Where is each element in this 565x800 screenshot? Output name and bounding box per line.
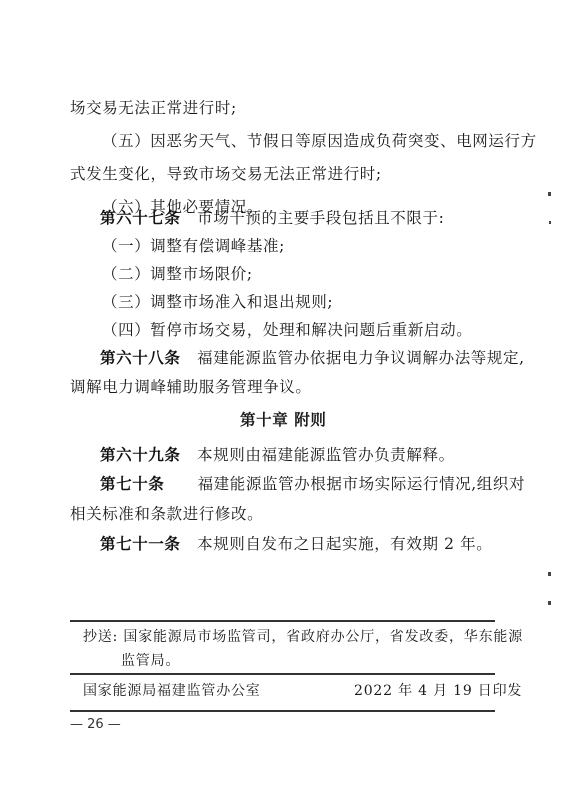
article-text: 市场干预的主要手段包括且不限于:: [197, 209, 444, 227]
list-item: （四）暂停市场交易，处理和解决问题后重新启动。: [102, 320, 472, 340]
article-label: 第六十七条: [100, 209, 181, 227]
cc-continuation: 监管局。: [121, 652, 180, 670]
text-line: 调解电力调峰辅助服务管理争议。: [70, 377, 312, 397]
scan-mark: [548, 601, 551, 605]
article-71: 第七十一条 本规则自发布之日起实施，有效期 2 年。: [100, 534, 492, 554]
article-68: 第六十八条 福建能源监管办依据电力争议调解办法等规定,: [100, 348, 525, 368]
cc-label: 抄送:: [83, 629, 118, 645]
scan-mark: [548, 192, 551, 196]
cc-line: 抄送: 国家能源局市场监管司，省政府办公厅，省发改委，华东能源: [83, 628, 523, 646]
footer-rule-middle: [70, 673, 495, 675]
article-text: 本规则由福建能源监管办负责解释。: [197, 446, 455, 464]
article-text: 福建能源监管办根据市场实际运行情况,组织对: [198, 475, 526, 493]
article-69: 第六十九条 本规则由福建能源监管办负责解释。: [100, 445, 455, 465]
list-item: （一）调整有偿调峰基准;: [102, 236, 285, 256]
list-item: （三）调整市场准入和退出规则;: [102, 292, 333, 312]
footer-rule-top: [70, 620, 495, 622]
article-70: 第七十条 福建能源监管办根据市场实际运行情况,组织对: [100, 474, 525, 494]
text-line: （五）因恶劣天气、节假日等原因造成负荷突变、电网运行方: [102, 131, 537, 151]
text-line: 场交易无法正常进行时;: [70, 98, 237, 118]
article-label: 第六十八条: [100, 349, 181, 367]
page-number: — 26 —: [70, 717, 121, 732]
article-67: 第六十七条 市场干预的主要手段包括且不限于:: [100, 208, 444, 228]
article-text: 福建能源监管办依据电力争议调解办法等规定,: [197, 349, 525, 367]
issue-date: 2022 年 4 月 19 日印发: [354, 682, 522, 700]
scan-mark: [548, 572, 551, 576]
text-line: 相关标准和条款进行修改。: [70, 504, 263, 524]
footer-rule-bottom: [70, 710, 495, 712]
text-line: 式发生变化，导致市场交易无法正常进行时;: [70, 164, 382, 184]
article-label: 第六十九条: [100, 446, 181, 464]
cc-text: 国家能源局市场监管司，省政府办公厅，省发改委，华东能源: [123, 629, 523, 645]
article-label: 第七十条: [100, 475, 164, 493]
article-label: 第七十一条: [100, 535, 181, 553]
article-text: 本规则自发布之日起实施，有效期 2 年。: [197, 535, 492, 553]
scan-mark: [549, 221, 551, 224]
chapter-title: 第十章 附则: [240, 410, 327, 430]
issuer: 国家能源局福建监管办公室: [83, 682, 261, 700]
list-item: （二）调整市场限价;: [102, 264, 253, 284]
